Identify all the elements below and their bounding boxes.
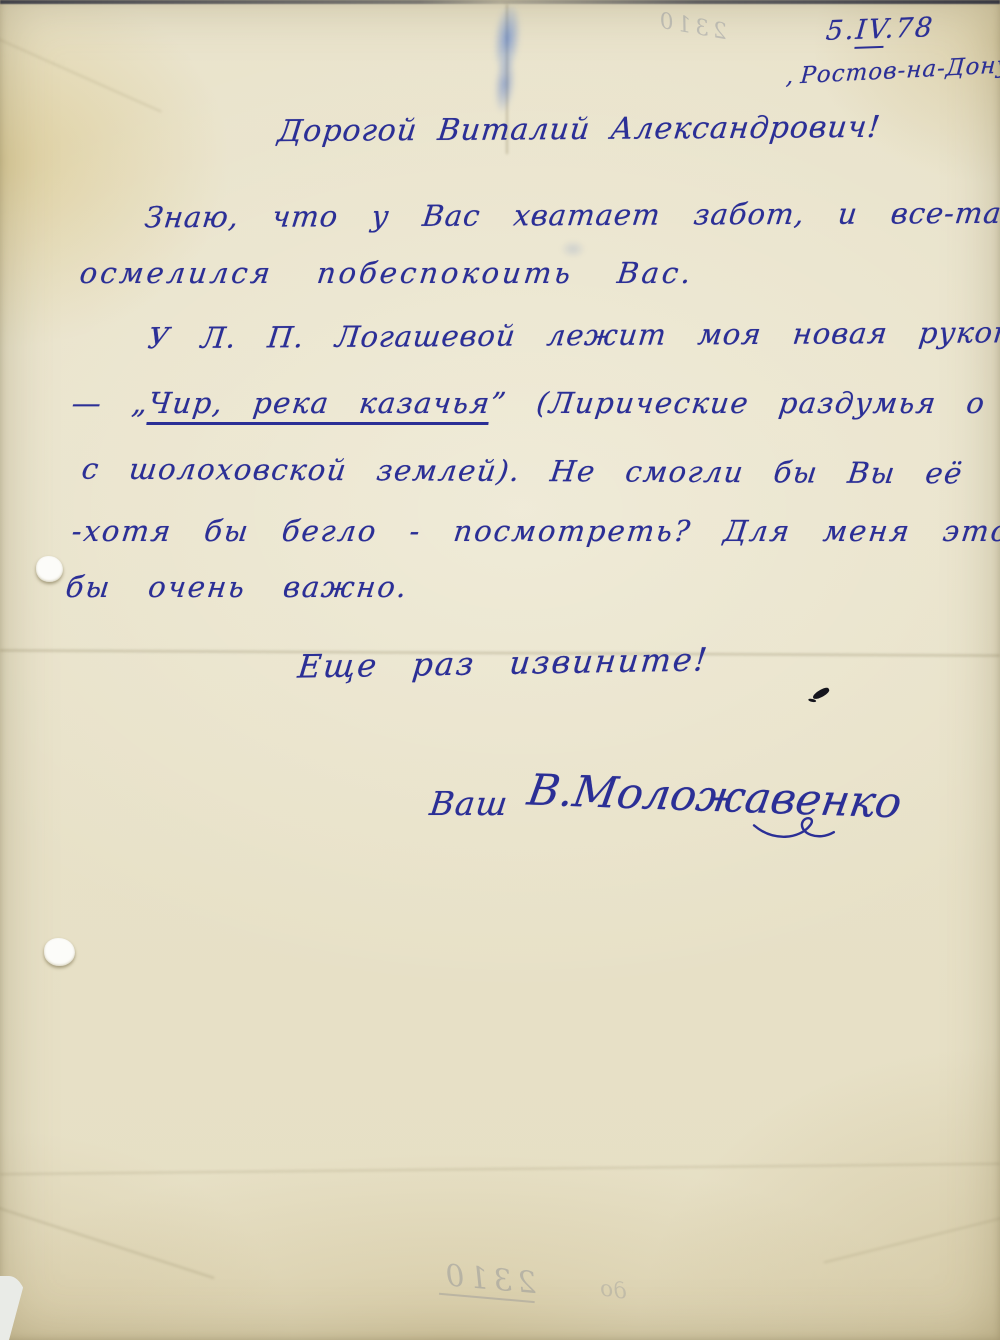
paragraph1-line1: Знаю, что у Вас хватает забот, и все-так…: [145, 196, 1000, 235]
letter-place: ,Ростов-на-Дону: [785, 52, 1000, 90]
wrinkle-bottom-right: [824, 1199, 1000, 1264]
closing-line: Еще раз извините!: [298, 640, 709, 685]
paper-top-edge: [0, 0, 1000, 4]
signature: В.Моложавенко: [527, 766, 902, 829]
faint-pencil-mark-bottom-2: до: [598, 1276, 628, 1305]
paper-sheet: 2310 2310 до 5.IV.78 ,Ростов-на-Дону Дор…: [0, 0, 1000, 1340]
signature-flourish-icon: [751, 807, 842, 850]
torn-corner-bottom-left: [0, 1276, 30, 1340]
signature-text: В.Моложавенко: [524, 766, 905, 829]
paragraph2-line4: -хотя бы бегло - посмотреть? Для меня эт…: [72, 514, 1000, 548]
place-name: Ростов-на-Дону: [800, 52, 1000, 89]
salutation-line: Дорогой Виталий Александрович!: [278, 110, 881, 149]
ink-fleck: [811, 686, 830, 701]
paragraph2-line2: — „Чир, река казачья” (Лирические раздум…: [72, 386, 1000, 420]
wrinkle-top-left: [0, 29, 162, 112]
blue-ink-smudge: [476, 4, 533, 116]
paper-hole-upper: [36, 556, 63, 582]
paragraph2-line5: бы очень важно.: [66, 570, 408, 604]
date-day: 5.: [825, 15, 857, 47]
wrinkle-bottom-left: [0, 1203, 214, 1279]
faint-pencil-mark-top: 2310: [653, 8, 728, 45]
date-month-roman: IV: [854, 14, 886, 49]
manuscript-title-prefix: — „: [70, 386, 151, 420]
manuscript-title-underlined: Чир, река казачья: [146, 386, 493, 425]
faint-pencil-mark-bottom: 2310: [439, 1258, 538, 1303]
fold-crease-horizontal-lower: [0, 1163, 1000, 1175]
paragraph2-line1: У Л. П. Логашевой лежит моя новая рукопи…: [148, 315, 1000, 355]
place-tick: ,: [785, 63, 795, 90]
paper-hole-lower: [44, 938, 75, 966]
signoff-word: Ваш: [430, 784, 508, 823]
paragraph2-line3: с шолоховской землей). Не смогли бы Вы е…: [82, 452, 963, 491]
manuscript-title-suffix: ” (Лирические раздумья о свидании: [489, 386, 1000, 420]
paragraph1-line2: осмелился побеспокоить Вас.: [80, 256, 694, 290]
scanned-letter: 2310 2310 до 5.IV.78 ,Ростов-на-Дону Дор…: [0, 0, 1000, 1340]
date-year: .78: [884, 12, 936, 45]
letter-date: 5.IV.78: [825, 12, 934, 47]
